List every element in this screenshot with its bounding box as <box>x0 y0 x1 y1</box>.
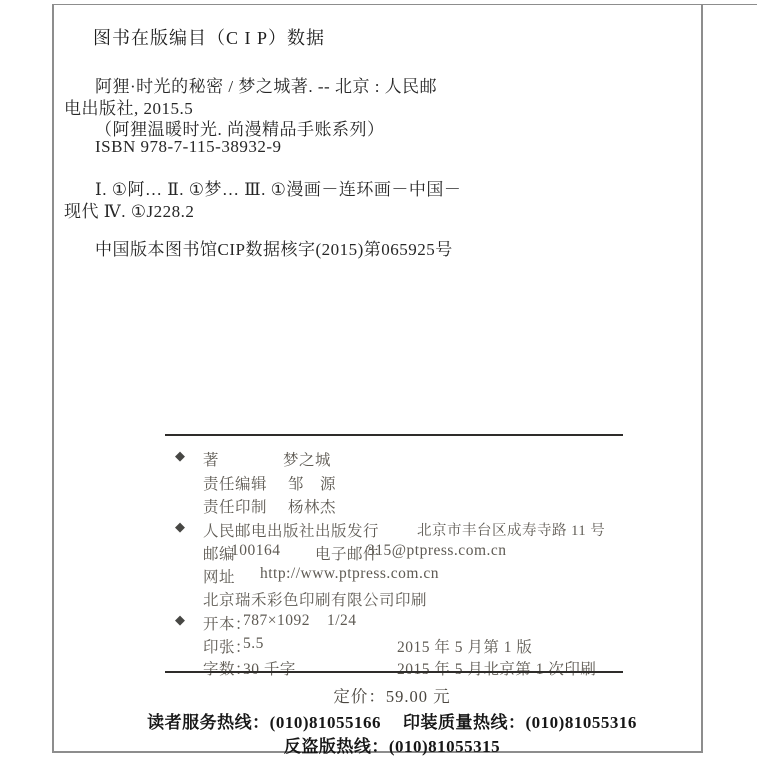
impression-info: 2015 年 5 月北京第 1 次印刷 <box>397 657 596 679</box>
editor-row: 责任编辑 邹 源 <box>165 472 635 494</box>
publisher-address: 北京市丰台区成寿寺路 11 号 <box>417 519 605 540</box>
publisher-row: ◆ 人民邮电出版社出版发行 北京市丰台区成寿寺路 11 号 <box>165 519 635 541</box>
editor-label: 责任编辑 <box>203 472 267 494</box>
wordcount-impression-row: 字数： 30 千字 2015 年 5 月北京第 1 次印刷 <box>165 657 635 679</box>
diamond-bullet-icon: ◆ <box>175 448 186 464</box>
rule-bottom <box>165 671 623 673</box>
postcode-value: 100164 <box>231 542 281 560</box>
sheets-edition-row: 印张： 5.5 2015 年 5 月第 1 版 <box>165 635 635 657</box>
classification-line2: 现代 Ⅳ. ①J228.2 <box>64 197 194 222</box>
reader-service-hotline: 读者服务热线：(010)81055166 <box>147 713 381 732</box>
edition-info: 2015 年 5 月第 1 版 <box>397 635 532 657</box>
print-company-name: 北京瑞禾彩色印刷有限公司印刷 <box>203 588 427 610</box>
rule-top <box>165 434 623 436</box>
print-supervisor-row: 责任印制 杨林杰 <box>165 495 635 517</box>
cip-header: 图书在版编目（C I P）数据 <box>93 24 325 50</box>
hotline-row-1: 读者服务热线：(010)81055166印装质量热线：(010)81055316 <box>52 708 732 733</box>
isbn: ISBN 978-7-115-38932-9 <box>95 137 282 157</box>
website-url: http://www.ptpress.com.cn <box>260 565 439 583</box>
format-fraction: 1/24 <box>327 612 357 630</box>
publisher-name: 人民邮电出版社出版发行 <box>203 519 379 541</box>
diamond-bullet-icon: ◆ <box>175 519 186 535</box>
author-row: ◆ 著 梦之城 <box>165 448 635 470</box>
sheets-value: 5.5 <box>243 635 264 653</box>
cip-record-number: 中国版本图书馆CIP数据核字(2015)第065925号 <box>95 235 453 260</box>
website-label: 网址 <box>203 565 235 587</box>
print-supervisor-name: 杨林杰 <box>288 495 336 517</box>
website-row: 网址 http://www.ptpress.com.cn <box>165 565 635 587</box>
author-label: 著 <box>203 448 219 470</box>
postcode-email-row: 邮编 100164 电子邮件 315@ptpress.com.cn <box>165 542 635 564</box>
price: 定价：59.00 元 <box>52 683 732 707</box>
email-value: 315@ptpress.com.cn <box>367 542 507 560</box>
print-company-row: 北京瑞禾彩色印刷有限公司印刷 <box>165 588 635 610</box>
wordcount-value: 30 千字 <box>243 657 296 679</box>
anti-piracy-hotline: 反盗版热线：(010)81055315 <box>284 737 500 756</box>
page-border-top-extension <box>703 4 757 5</box>
hotline-row-2: 反盗版热线：(010)81055315 <box>52 732 732 757</box>
print-quality-hotline: 印装质量热线：(010)81055316 <box>403 713 637 732</box>
print-supervisor-label: 责任印制 <box>203 495 267 517</box>
format-row: ◆ 开本： 787×1092 1/24 <box>165 612 635 634</box>
format-value: 787×1092 <box>243 612 310 630</box>
diamond-bullet-icon: ◆ <box>175 612 186 628</box>
author-name: 梦之城 <box>283 448 331 470</box>
editor-name: 邹 源 <box>288 472 336 494</box>
